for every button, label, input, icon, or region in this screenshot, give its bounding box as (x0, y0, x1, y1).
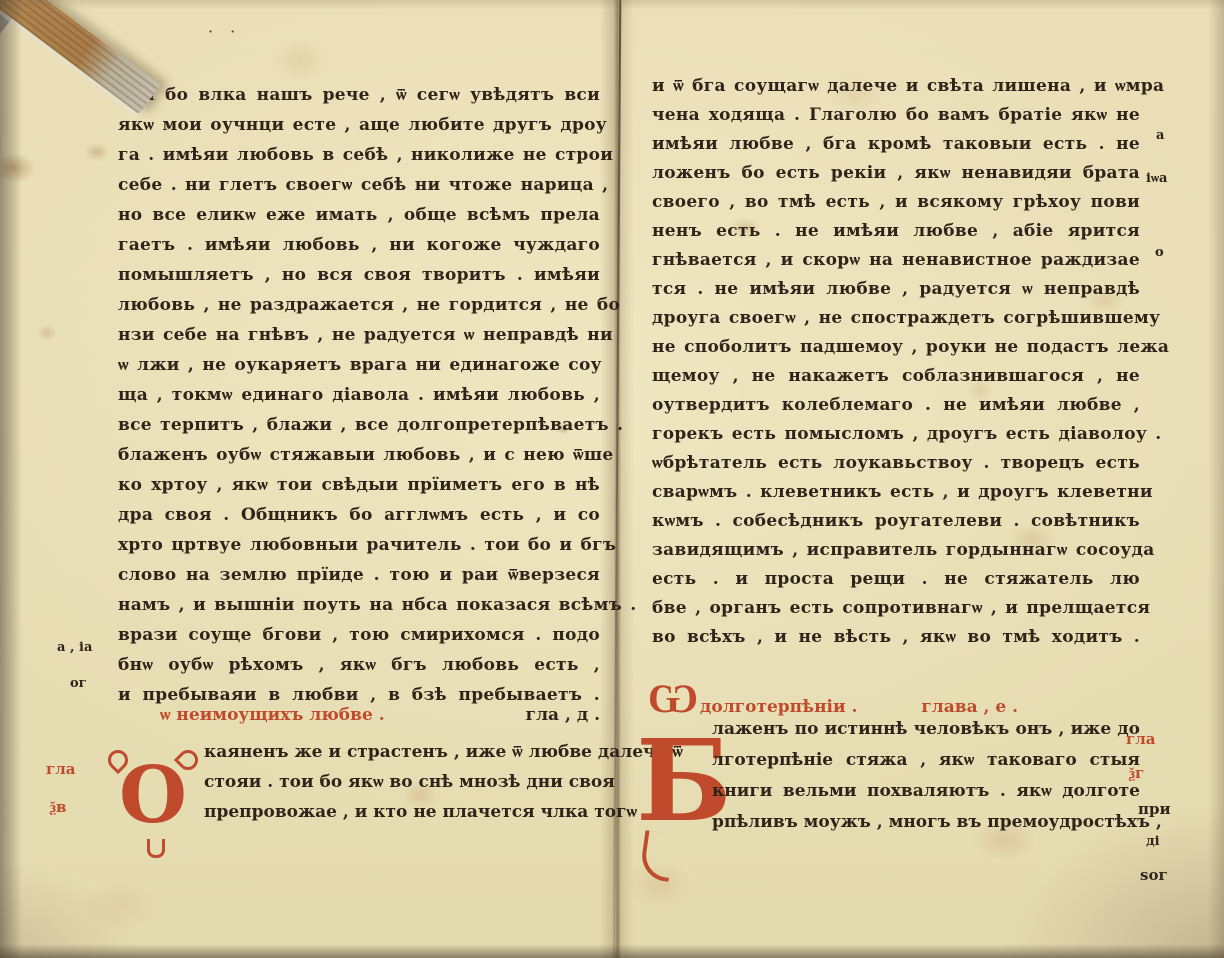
text-line: дра своя . Общникъ бо агглѡмъ есть , и с… (118, 500, 600, 530)
text-line: лготерпѣніе стяжа , якѡ таковаго стыя (712, 745, 1140, 776)
text-line: все терпитъ , блажи , все долгопретерпѣв… (118, 410, 600, 440)
text-line: не споболитъ падшемоу , роуки не подастъ… (652, 333, 1140, 362)
right-page-text: и ѿ бга соущагѡ далече и свѣта лишена , … (652, 72, 1140, 652)
margin-note: ог (70, 676, 87, 691)
text-line: врази соуще бгови , тою смирихомся . под… (118, 620, 600, 650)
text-line: каяненъ же и страстенъ , иже ѿ любве дал… (204, 737, 600, 767)
text-line: сварѡмъ . клеветникъ есть , и дроугъ кле… (652, 478, 1140, 507)
chapter-number: гла , д . (526, 705, 600, 725)
text-line: га . имѣяи любовь в себѣ , николиже не с… (118, 140, 600, 170)
margin-rubric: ѯв (50, 798, 66, 817)
text-line: щемоу , не накажетъ соблазнившагося , не (652, 362, 1140, 391)
text-line: стояи . тои бо якѡ во снѣ мнозѣ дни своя (204, 767, 600, 797)
text-line: ненъ есть . не имѣяи любве , абіе ярится (652, 217, 1140, 246)
margin-rubric: ѯг (1129, 764, 1144, 783)
text-line: ѡбрѣтатель есть лоукавьствоу . творецъ е… (652, 449, 1140, 478)
text-line: рпѣливъ моужъ , многъ въ премоудростѣхъ … (712, 807, 1140, 838)
text-line: есть . и проста рещи . не стяжатель лю (652, 565, 1140, 594)
heading-initial: Ѡ (648, 682, 698, 716)
margin-note: а (1156, 128, 1164, 143)
margin-note: ді (1146, 834, 1160, 849)
text-line: бнѡ оубѡ рѣхомъ , якѡ бгъ любовь есть , (118, 650, 600, 680)
margin-note: а , іа (57, 640, 92, 655)
chapter-heading: Ѡ долготерпѣніи . глава , е . (648, 682, 1136, 717)
text-line: ѡ лжи , не оукаряетъ врага ни единагоже … (118, 350, 600, 380)
margin-rubric: гла (46, 760, 76, 778)
chapter-heading: ѡ неимоущихъ любве . гла , д . (118, 705, 600, 725)
text-line: ложенъ бо есть рекіи , якѡ ненавидяи бра… (652, 159, 1140, 188)
text-line: слово на землю прїиде . тою и раи ѿверзе… (118, 560, 600, 590)
text-line: нзи себе на гнѣвъ , не радуется ѡ неправ… (118, 320, 600, 350)
text-line: ща , токмѡ единаго діавола . имѣяи любов… (118, 380, 600, 410)
text-line: тся . не имѣяи любве , радуется ѡ неправ… (652, 275, 1140, 304)
left-page-text: сам бо влка нашъ рече , ѿ сегѡ увѣдятъ в… (118, 80, 600, 710)
text-line: помышляетъ , но вся своя творитъ . имѣяи (118, 260, 600, 290)
text-line: но все еликѡ еже имать , обще всѣмъ прел… (118, 200, 600, 230)
ornamental-initial-B: Б (636, 728, 702, 878)
text-line: хрто цртвуе любовныи рачитель . тои бо и… (118, 530, 600, 560)
text-line: сам бо влка нашъ рече , ѿ сегѡ увѣдятъ в… (118, 80, 600, 110)
text-line: гнѣвается , и скорѡ на ненавистное ражди… (652, 246, 1140, 275)
text-line: книги вельми похваляютъ . якѡ долготе (712, 776, 1140, 807)
text-line: имѣяи любве , бга кромѣ таковыи есть . н… (652, 130, 1140, 159)
margin-overflow: при (1138, 800, 1171, 818)
text-line: и ѿ бга соущагѡ далече и свѣта лишена , … (652, 72, 1140, 101)
text-line: во всѣхъ , и не вѣсть , якѡ во тмѣ ходит… (652, 623, 1140, 652)
text-line: намъ , и вышніи поуть на нбса показася в… (118, 590, 600, 620)
text-line: лаженъ по истиннѣ человѣкъ онъ , иже до (712, 714, 1140, 745)
catchword: ѕог (1140, 866, 1168, 884)
book-photo: · · сам бо влка нашъ рече , ѿ сегѡ увѣдя… (0, 0, 1224, 958)
text-line: блаженъ оубѡ стяжавыи любовь , и с нею ѿ… (118, 440, 600, 470)
ornamental-initial-O: О (106, 748, 200, 850)
text-line: кѡмъ . собесѣдникъ роугателеви . совѣтни… (652, 507, 1140, 536)
text-line: завидящимъ , исправитель гордыннагѡ сосо… (652, 536, 1140, 565)
text-line: гаетъ . имѣяи любовь , ни когоже чуждаго (118, 230, 600, 260)
margin-note: іѡа (1146, 170, 1167, 186)
left-initial-lines: каяненъ же и страстенъ , иже ѿ любве дал… (204, 737, 600, 827)
margin-note: о (1155, 245, 1164, 260)
text-line: любовь , не раздражается , не гордится ,… (118, 290, 600, 320)
ornament-dots: · · (208, 22, 241, 41)
text-line: препровожае , и кто не плачется члка тог… (204, 797, 600, 827)
text-line: якѡ мои оучнци есте , аще любите другъ д… (118, 110, 600, 140)
text-line: чена ходяща . Глаголю бо вамъ братіе якѡ… (652, 101, 1140, 130)
margin-rubric: гла (1126, 730, 1156, 748)
text-line: дроуга своегѡ , не спостраждетъ согрѣшив… (652, 304, 1140, 333)
initial-flourish (639, 830, 675, 882)
text-line: оутвердитъ колеблемаго . не имѣяи любве … (652, 391, 1140, 420)
text-line: ко хртоу , якѡ тои свѣдыи прїиметъ его в… (118, 470, 600, 500)
text-line: горекъ есть помысломъ , дроугъ есть діав… (652, 420, 1140, 449)
rubric-text: ѡ неимоущихъ любве . (118, 705, 385, 725)
right-initial-lines: лаженъ по истиннѣ человѣкъ онъ , иже до … (712, 714, 1140, 838)
text-line: своего , во тмѣ есть , и всякому грѣхоу … (652, 188, 1140, 217)
text-line: себе . ни глетъ своегѡ себѣ ни чтоже нар… (118, 170, 600, 200)
text-line: бве , органъ есть сопротивнагѡ , и прелщ… (652, 594, 1140, 623)
initial-flourish (147, 839, 165, 858)
